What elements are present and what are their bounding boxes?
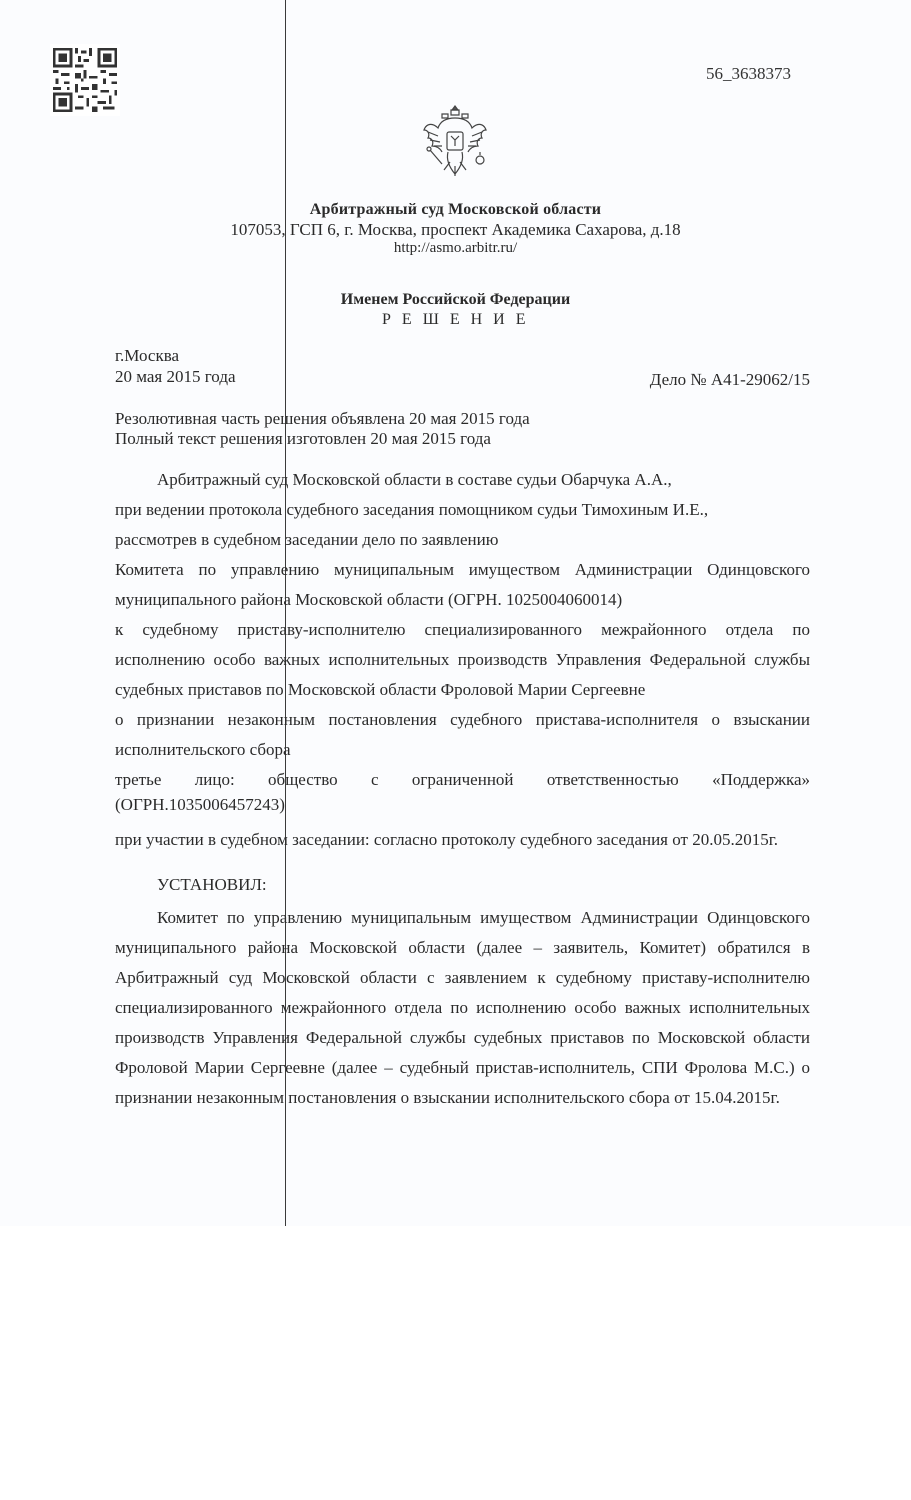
text-line: исполнительского сбора xyxy=(115,735,810,765)
text-line: Арбитражный суд Московской области с зая… xyxy=(115,963,810,993)
text-line: муниципального района Московской области… xyxy=(115,933,810,963)
text-line: Комитет по управлению муниципальным имущ… xyxy=(115,903,810,933)
text-line: при участии в судебном заседании: соглас… xyxy=(115,825,810,855)
court-name: Арбитражный суд Московской области xyxy=(0,201,911,219)
text-line: Арбитражный суд Московской области в сос… xyxy=(115,465,810,495)
text-line: признании незаконным постановления о взы… xyxy=(115,1083,810,1113)
document-type-title: Р Е Ш Е Н И Е xyxy=(0,311,911,329)
full-text-date: Полный текст решения изготовлен 20 мая 2… xyxy=(115,429,491,449)
text-line: производств Управления Федеральной служб… xyxy=(115,1023,810,1053)
decision-date: 20 мая 2015 года xyxy=(115,367,236,387)
text-line: к судебному приставу-исполнителю специал… xyxy=(115,615,810,645)
text-line: Комитета по управлению муниципальным иму… xyxy=(115,555,810,585)
operative-part-date: Резолютивная часть решения объявлена 20 … xyxy=(115,409,530,429)
text-line: (ОГРН.1035006457243) xyxy=(115,795,810,815)
case-number: Дело № А41-29062/15 xyxy=(650,370,810,390)
text-line: при ведении протокола судебного заседани… xyxy=(115,495,810,525)
text-line: третье лицо: общество с ограниченной отв… xyxy=(115,765,810,795)
established-section: Комитет по управлению муниципальным имущ… xyxy=(115,903,810,1113)
text-line: муниципального района Московской области… xyxy=(115,585,810,615)
city: г.Москва xyxy=(115,346,179,366)
court-website-link[interactable]: http://asmo.arbitr.ru/ xyxy=(0,240,911,257)
document-id: 56_3638373 xyxy=(706,64,791,84)
qr-code-icon xyxy=(50,44,120,116)
in-the-name-of: Именем Российской Федерации xyxy=(0,291,911,309)
intro-section: Арбитражный суд Московской области в сос… xyxy=(115,465,810,855)
coat-of-arms-icon xyxy=(420,100,490,182)
text-line: специализированного межрайонного отдела … xyxy=(115,993,810,1023)
text-line: судебных приставов по Московской области… xyxy=(115,675,810,705)
text-line: рассмотрев в судебном заседании дело по … xyxy=(115,525,810,555)
court-address: 107053, ГСП 6, г. Москва, проспект Акаде… xyxy=(0,220,911,240)
text-line: о признании незаконным постановления суд… xyxy=(115,705,810,735)
text-line: Фроловой Марии Сергеевне (далее – судебн… xyxy=(115,1053,810,1083)
established-heading: УСТАНОВИЛ: xyxy=(157,875,267,895)
text-line: исполнению особо важных исполнительных п… xyxy=(115,645,810,675)
